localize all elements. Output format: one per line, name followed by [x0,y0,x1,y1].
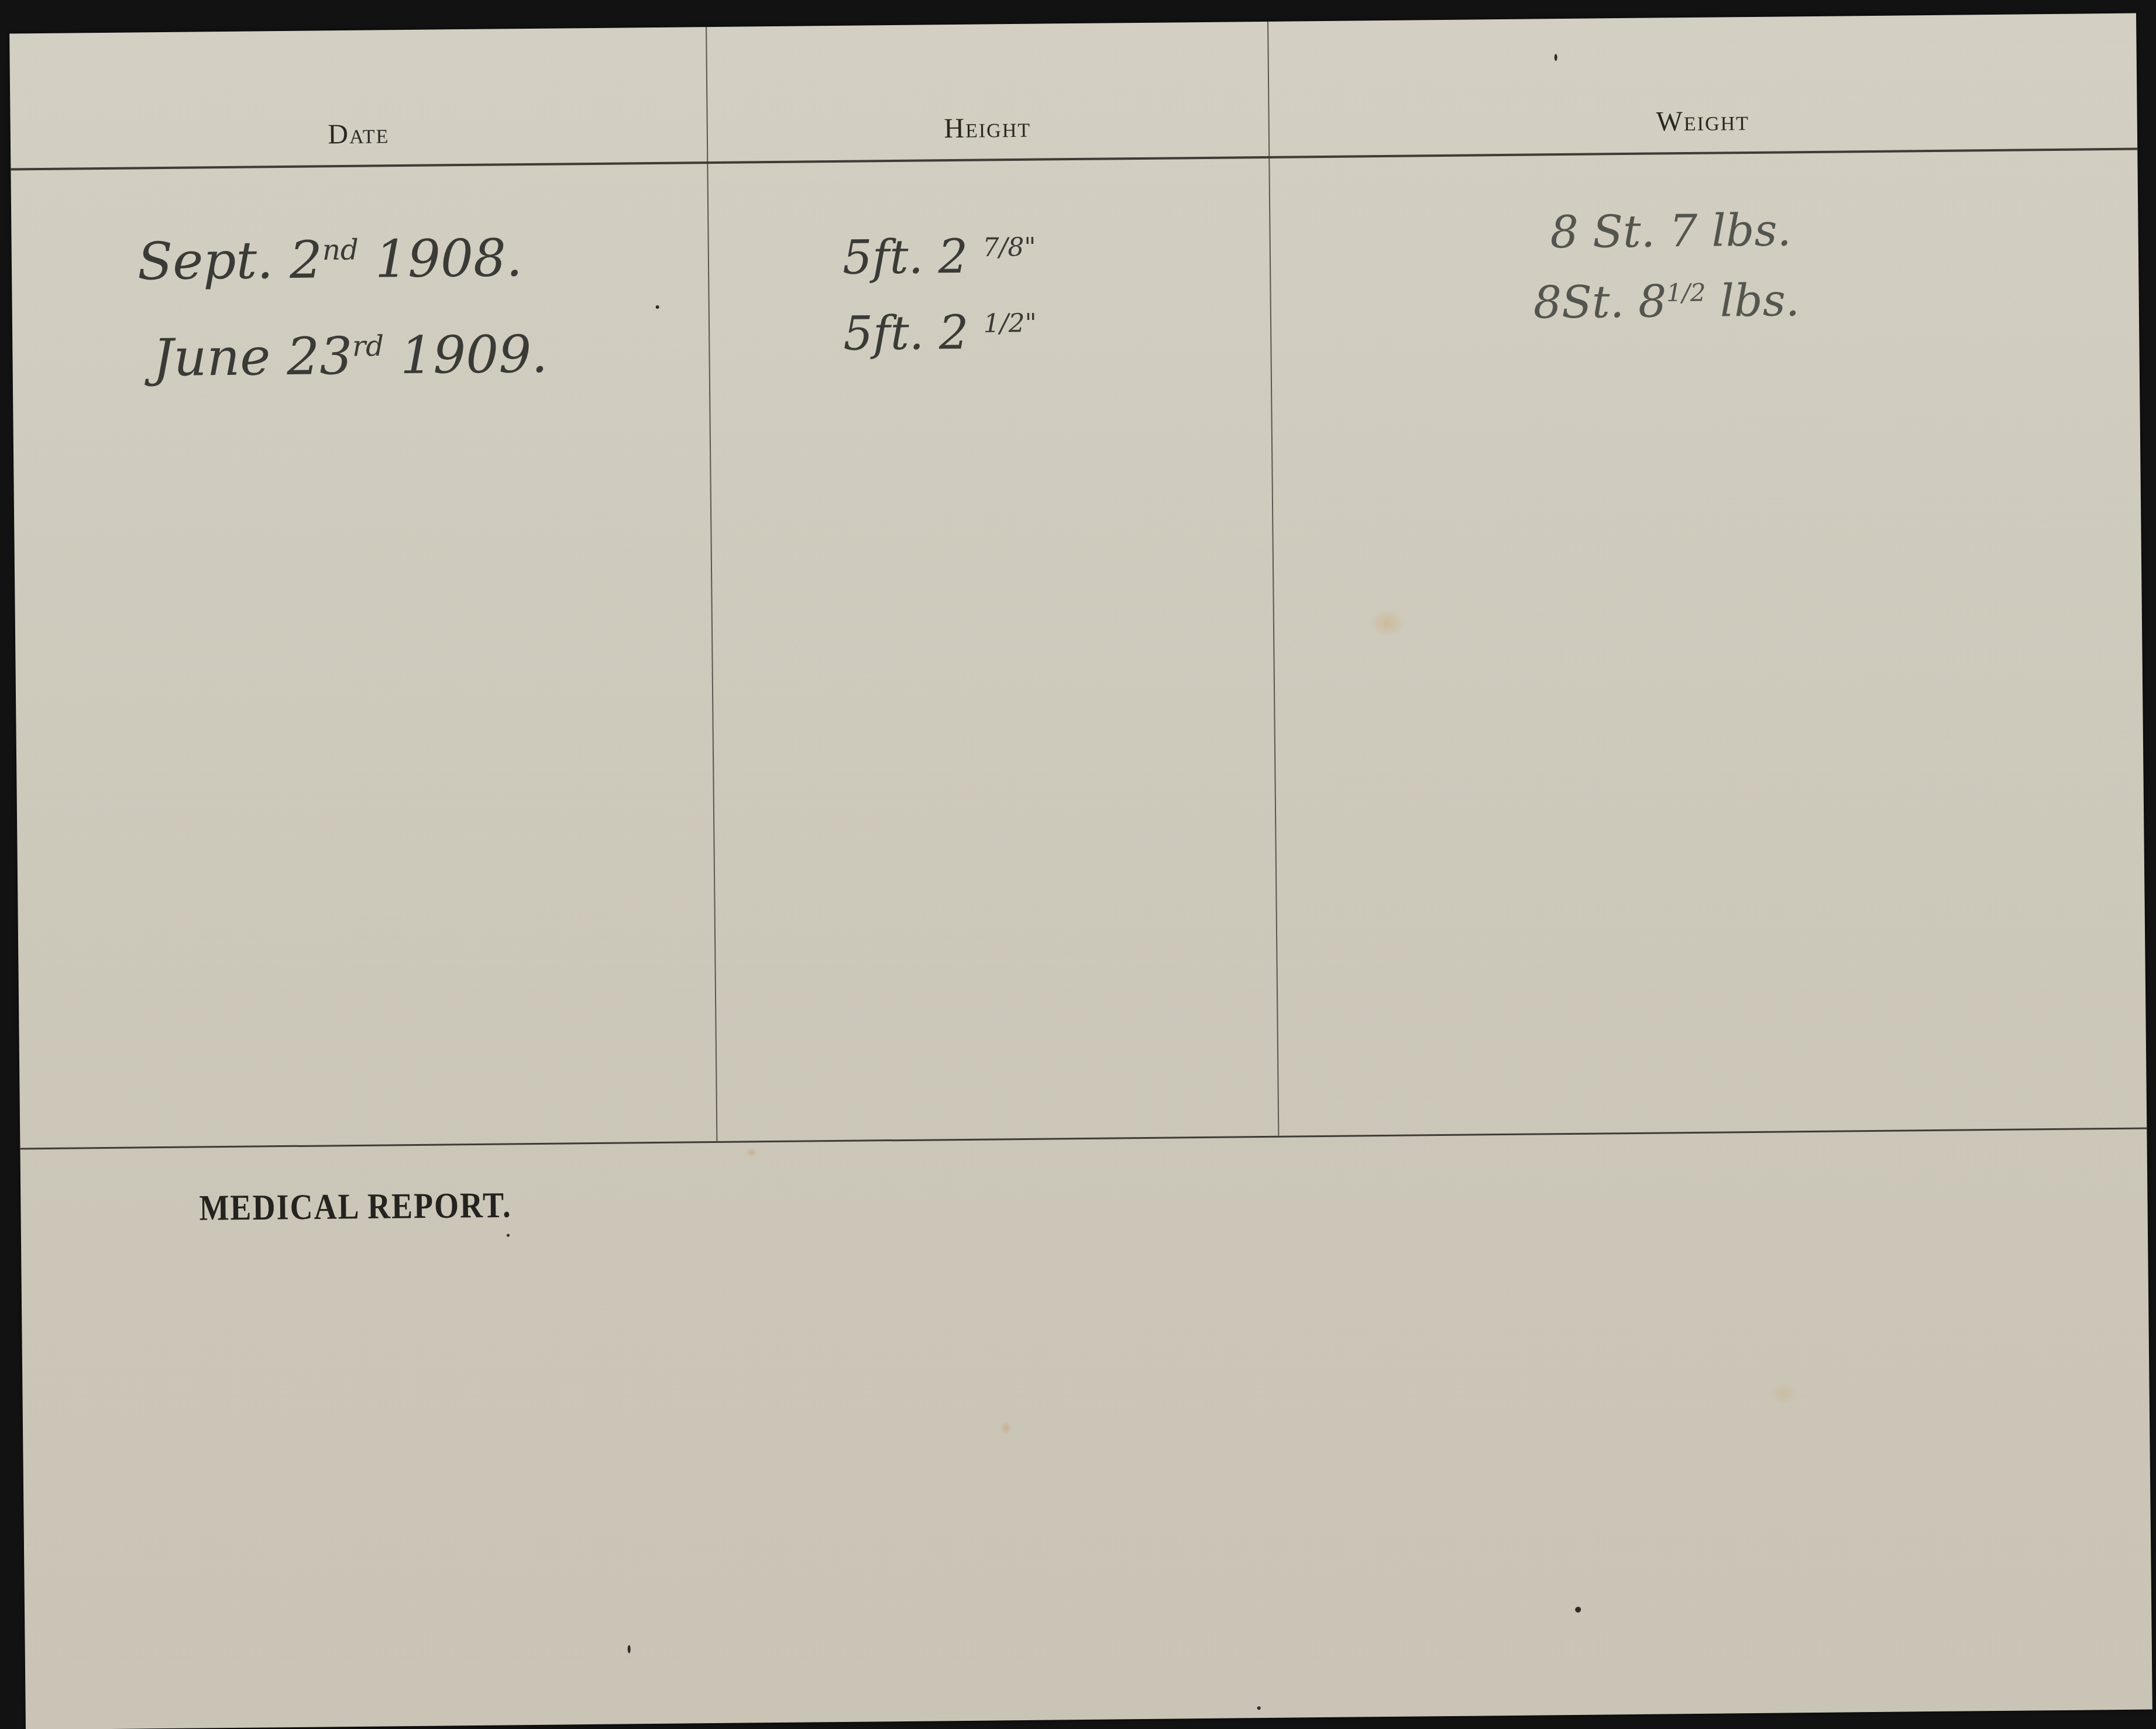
weight-entry-2-fraction: 1/2 [1666,278,1706,307]
date-entry-1-year: 1908. [375,228,523,289]
column-header-date: Date [11,115,707,153]
date-entry-2-day: June 23 [153,326,353,388]
ink-speck [1257,1706,1261,1710]
header-rule [11,148,2137,171]
ink-speck [1575,1607,1581,1613]
column-divider-2 [1267,22,1279,1136]
date-entry-2: June 23rd 1909. [153,324,548,388]
height-entry-1: 5ft. 2 7/8" [842,229,1036,285]
date-entry-2-suffix: rd [352,330,384,363]
section-rule [20,1128,2147,1150]
ink-speck [628,1645,631,1653]
date-entry-1: Sept. 2nd 1908. [137,228,522,291]
weight-entry-2-main: 8St. 8 [1533,275,1666,328]
date-entry-1-day: Sept. 2 [137,229,322,291]
date-entry-1-suffix: nd [322,233,359,267]
column-header-height: Height [707,109,1268,147]
medical-report-heading: MEDICAL REPORT. [199,1184,512,1228]
height-entry-1-fraction: 7/8 [982,232,1024,263]
column-divider-1 [706,27,717,1141]
height-entry-2: 5ft. 2 1/2" [843,305,1037,361]
weight-entry-1: 8 St. 7 lbs. [1550,204,1791,258]
height-entry-1-main: 5ft. 2 [842,229,968,285]
height-entry-1-unit: " [1024,232,1036,262]
ink-speck [656,305,659,309]
height-entry-2-fraction: 1/2 [984,308,1025,339]
ink-speck [507,1234,510,1237]
column-header-weight: Weight [1268,101,2137,142]
weight-entry-2: 8St. 81/2 lbs. [1533,274,1800,328]
weight-entry-2-unit: lbs. [1720,274,1800,326]
date-entry-2-year: 1909. [400,324,548,385]
height-entry-2-unit: " [1024,308,1037,338]
record-card: Date Height Weight Sept. 2nd 1908. 5ft. … [9,13,2152,1729]
height-entry-2-main: 5ft. 2 [843,305,969,361]
ink-speck [1555,54,1557,61]
